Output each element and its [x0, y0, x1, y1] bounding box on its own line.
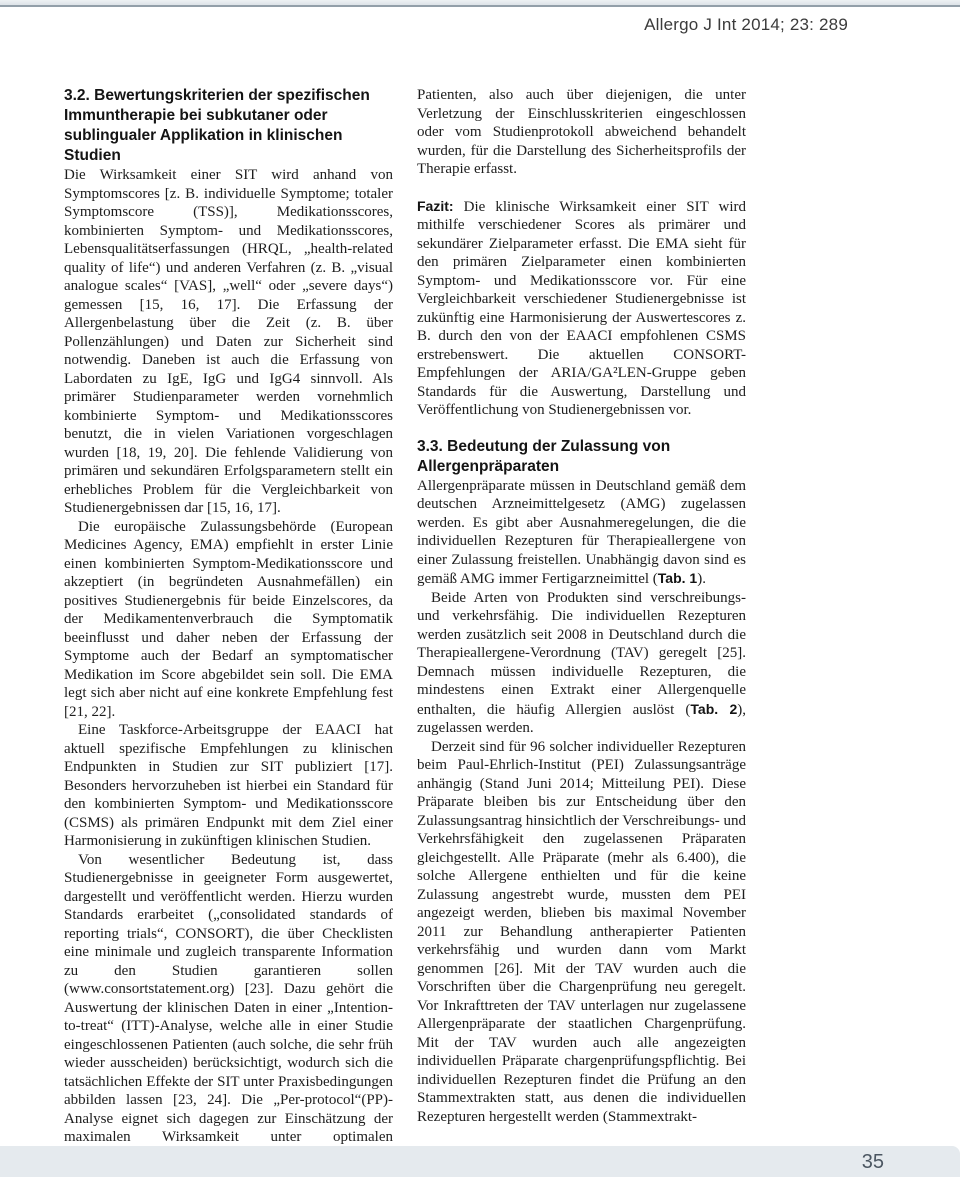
fazit-text: Die klinische Wirksamkeit einer SIT wird…	[417, 199, 746, 419]
left-column: 3.2. Bewertungskriterien der spezifische…	[64, 86, 393, 1177]
journal-reference: Allergo J Int 2014; 23: 289	[644, 15, 848, 35]
zulassung-text-end: ).	[697, 571, 706, 587]
right-column: Patienten, also auch über diejenigen, di…	[417, 86, 746, 1177]
footer-bar: 35	[0, 1146, 960, 1177]
tab-1-reference: Tab. 1	[658, 570, 697, 586]
fazit-label: Fazit:	[417, 198, 454, 214]
paragraph-fazit: Fazit: Die klinische Wirksamkeit einer S…	[417, 197, 746, 420]
paragraph-ema: Die europäische Zulassungsbehörde (Europ…	[64, 518, 393, 722]
paragraph-derzeit: Derzeit sind für 96 solcher individuelle…	[417, 738, 746, 1127]
produkte-text: Beide Arten von Produkten sind verschrei…	[417, 590, 746, 718]
paragraph-zulassung: Allergenpräparate müssen in Deutschland …	[417, 477, 746, 589]
tab-2-reference: Tab. 2	[690, 701, 737, 717]
top-rule	[0, 0, 960, 7]
paragraph-continuation: Patienten, also auch über diejenigen, di…	[417, 86, 746, 179]
paragraph-wirksamkeit: Die Wirksamkeit einer SIT wird anhand vo…	[64, 166, 393, 518]
paragraph-taskforce: Eine Taskforce-Arbeitsgruppe der EAACI h…	[64, 721, 393, 851]
section-heading-3-3: 3.3. Bedeutung der Zulassung von Allerge…	[417, 437, 746, 477]
page-number: 35	[862, 1151, 884, 1174]
section-heading-3-2: 3.2. Bewertungskriterien der spezifische…	[64, 86, 393, 166]
paragraph-consort: Von wesentlicher Bedeutung ist, dass Stu…	[64, 851, 393, 1177]
article-body: 3.2. Bewertungskriterien der spezifische…	[64, 86, 746, 1177]
paragraph-produkte: Beide Arten von Produkten sind verschrei…	[417, 589, 746, 738]
